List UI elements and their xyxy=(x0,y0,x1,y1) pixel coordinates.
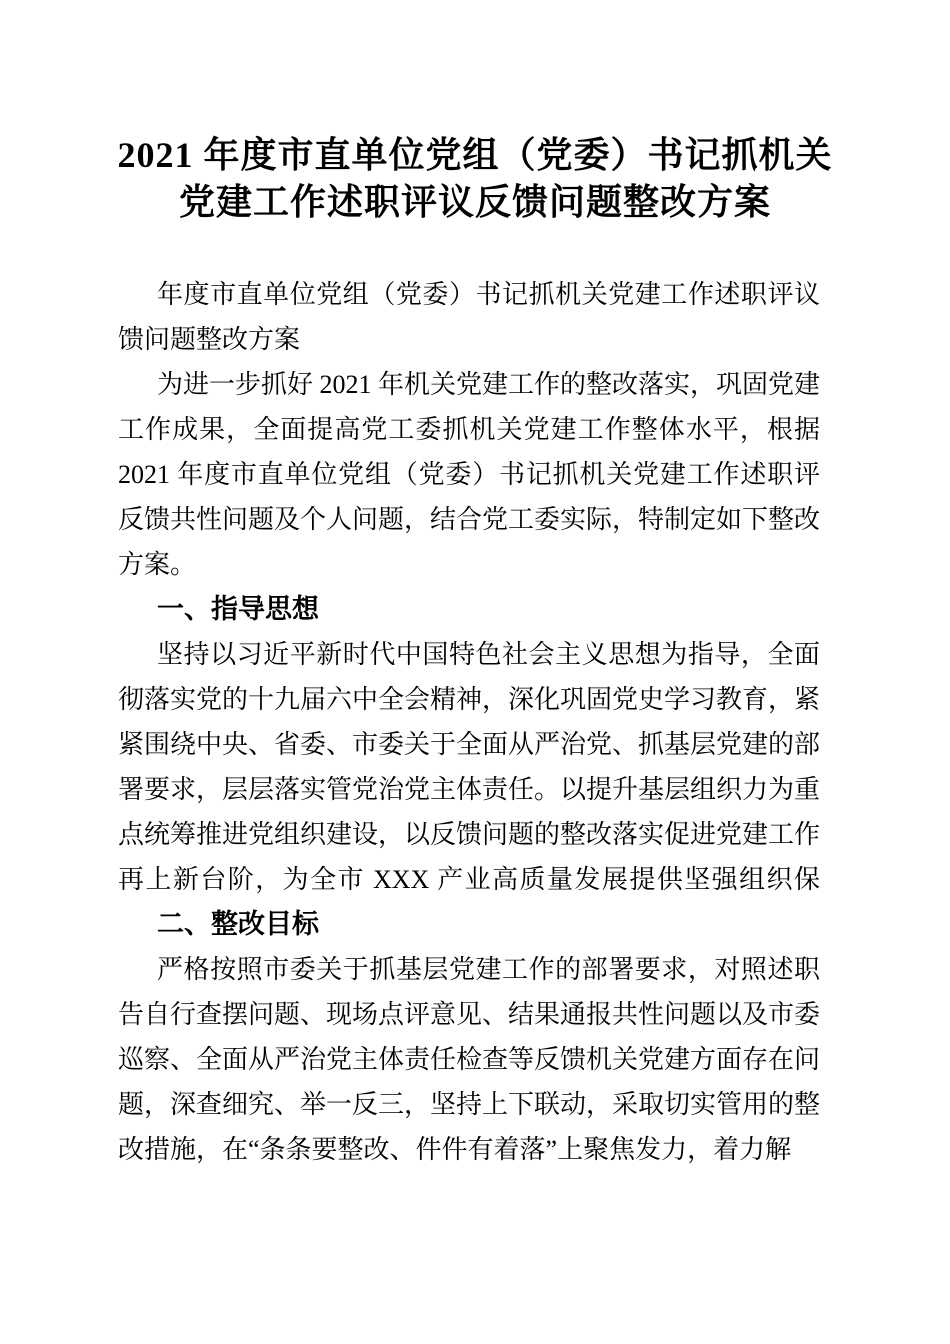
section-heading: 二、整改目标 xyxy=(118,902,820,947)
text-line: 巡察、全面从严治党主体责任检查等反馈机关党建方面存在问 xyxy=(118,1037,820,1082)
section-heading: 一、指导思想 xyxy=(118,587,820,632)
document-title-line-2: 党建工作述职评议反馈问题整改方案 xyxy=(0,179,950,226)
text-line: 题，深查细究、举一反三，坚持上下联动，采取切实管用的整 xyxy=(118,1082,820,1127)
text-line: 方案。 xyxy=(118,542,820,587)
text-line: 2021 年度市直单位党组（党委）书记抓机关党建工作述职评议 xyxy=(118,452,820,497)
text-line: 改措施，在“条条要整改、件件有着落”上聚焦发力，着力解 xyxy=(118,1127,820,1172)
text-line: 署要求，层层落实管党治党主体责任。以提升基层组织力为重 xyxy=(118,767,820,812)
text-line: 坚持以习近平新时代中国特色社会主义思想为指导，全面贯 xyxy=(118,632,820,677)
text-line: 点统筹推进党组织建设，以反馈问题的整改落实促进党建工作 xyxy=(118,812,820,857)
text-line: 反馈共性问题及个人问题，结合党工委实际，特制定如下整改 xyxy=(118,497,820,542)
text-line: 工作成果，全面提高党工委抓机关党建工作整体水平，根据 xyxy=(118,407,820,452)
text-line: 再上新台阶，为全市 XXX 产业高质量发展提供坚强组织保障。 xyxy=(118,857,820,902)
text-line: 告自行查摆问题、现场点评意见、结果通报共性问题以及市委 xyxy=(118,992,820,1037)
document-page: 2021 年度市直单位党组（党委）书记抓机关 党建工作述职评议反馈问题整改方案 … xyxy=(0,0,950,1344)
text-line: 严格按照市委关于抓基层党建工作的部署要求，对照述职报 xyxy=(118,947,820,992)
text-line: 年度市直单位党组（党委）书记抓机关党建工作述职评议反 xyxy=(118,272,820,317)
document-title: 2021 年度市直单位党组（党委）书记抓机关 党建工作述职评议反馈问题整改方案 xyxy=(0,132,950,226)
text-line: 馈问题整改方案 xyxy=(118,317,820,362)
document-body: 年度市直单位党组（党委）书记抓机关党建工作述职评议反馈问题整改方案为进一步抓好 … xyxy=(118,272,820,1172)
text-line: 彻落实党的十九届六中全会精神，深化巩固党史学习教育，紧 xyxy=(118,677,820,722)
document-title-line-1: 2021 年度市直单位党组（党委）书记抓机关 xyxy=(0,132,950,179)
text-line: 紧围绕中央、省委、市委关于全面从严治党、抓基层党建的部 xyxy=(118,722,820,767)
text-line: 为进一步抓好 2021 年机关党建工作的整改落实，巩固党建 xyxy=(118,362,820,407)
